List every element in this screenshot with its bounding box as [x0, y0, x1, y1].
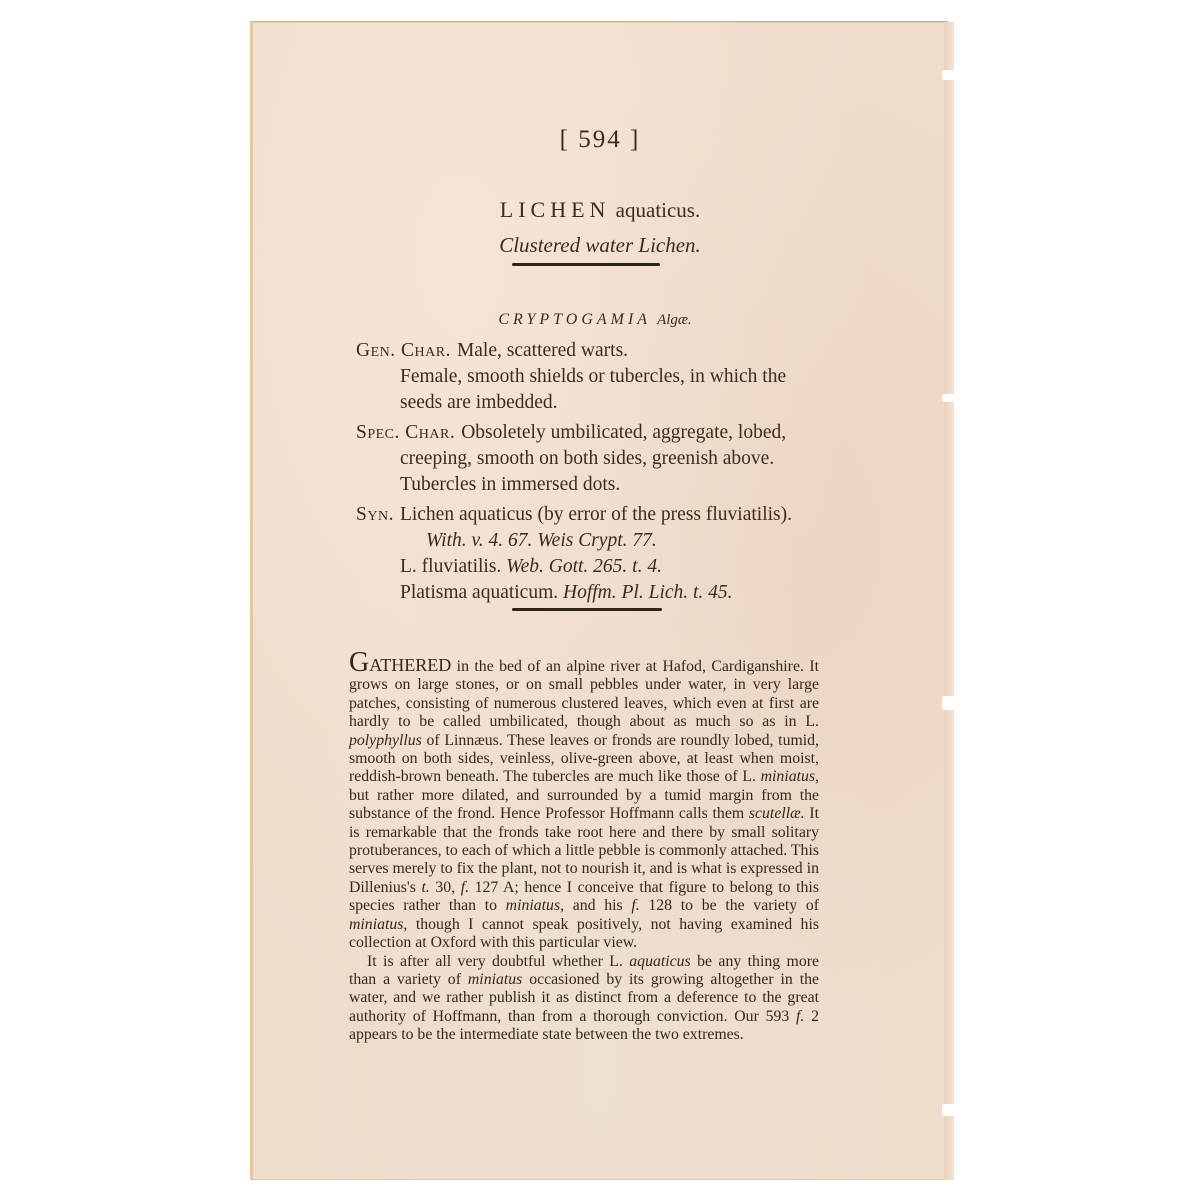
- syn-name: L. fluviatilis.: [400, 556, 501, 577]
- italic-term: f.: [631, 897, 639, 914]
- specific-character: Spec. Char.Obsoletely umbilicated, aggre…: [356, 420, 836, 498]
- syn-text: Lichen aquaticus (by error of the press …: [400, 504, 792, 525]
- title-genus: LICHEN: [500, 197, 611, 222]
- spec-char-line: creeping, smooth on both sides, greenish…: [356, 446, 836, 472]
- synonyms: Syn.Lichen aquaticus (by error of the pr…: [356, 502, 836, 606]
- page-notch: [942, 394, 956, 402]
- page-notch: [942, 70, 956, 80]
- divider-rule: [512, 608, 662, 611]
- drop-cap: G: [349, 647, 369, 678]
- book-page: [ 594 ] LICHEN aquaticus. Clustered wate…: [250, 21, 948, 1180]
- syn-label: Syn.: [356, 504, 394, 525]
- title-species: aquaticus.: [616, 198, 701, 222]
- syn-reference: With. v. 4. 67. Weis Crypt. 77.: [356, 528, 836, 554]
- gen-char-line: seeds are imbedded.: [356, 390, 836, 416]
- gen-char-line: Female, smooth shields or tubercles, in …: [356, 364, 836, 390]
- text-run: It is after all very doubtful whether L.: [367, 953, 629, 970]
- italic-term: miniatus: [506, 897, 560, 914]
- text-run: 128 to be the variety of: [640, 897, 819, 914]
- italic-term: miniatus: [349, 916, 403, 933]
- spec-char-text: Obsoletely umbilicated, aggregate, lobed…: [461, 422, 786, 443]
- page-number: [ 594 ]: [252, 126, 948, 154]
- syn-line: Platisma aquaticum. Hoffm. Pl. Lich. t. …: [356, 580, 836, 606]
- spec-char-label: Spec. Char.: [356, 422, 455, 443]
- syn-line: Syn.Lichen aquaticus (by error of the pr…: [356, 502, 836, 528]
- classification: CRYPTOGAMIAAlgæ.: [252, 311, 938, 329]
- page-fore-edge: [944, 22, 954, 1180]
- italic-term: miniatus: [468, 971, 522, 988]
- italic-term: miniatus: [761, 768, 815, 785]
- italic-term: f.: [461, 879, 469, 896]
- text-run: , though I cannot speak positively, not …: [349, 916, 819, 951]
- page-notch: [942, 696, 956, 710]
- syn-name: Platisma aquaticum.: [400, 582, 558, 603]
- generic-character: Gen. Char.Male, scattered warts. Female,…: [356, 338, 836, 416]
- divider-rule: [512, 263, 660, 266]
- lead-caps: ATHERED: [369, 655, 451, 675]
- italic-term: polyphyllus: [349, 732, 422, 749]
- description-text: GATHERED in the bed of an alpine river a…: [349, 654, 819, 1045]
- italic-term: scutellæ.: [749, 805, 805, 822]
- paragraph: It is after all very doubtful whether L.…: [349, 953, 819, 1045]
- paragraph: GATHERED in the bed of an alpine river a…: [349, 654, 819, 953]
- gen-char-line: Gen. Char.Male, scattered warts.: [356, 338, 836, 364]
- syn-reference: Hoffm. Pl. Lich. t. 45.: [563, 582, 733, 603]
- italic-term: t.: [421, 879, 429, 896]
- classification-class: CRYPTOGAMIA: [498, 311, 651, 328]
- spec-char-line: Tubercles in immersed dots.: [356, 472, 836, 498]
- syn-reference: Web. Gott. 265. t. 4.: [506, 556, 662, 577]
- common-name: Clustered water Lichen.: [252, 233, 948, 258]
- page-notch: [942, 1104, 956, 1116]
- classification-order: Algæ.: [657, 312, 692, 328]
- text-run: , and his: [560, 897, 631, 914]
- gen-char-text: Male, scattered warts.: [457, 340, 628, 361]
- page-title: LICHEN aquaticus.: [252, 197, 948, 223]
- italic-term: aquaticus: [629, 953, 690, 970]
- gen-char-label: Gen. Char.: [356, 340, 451, 361]
- spec-char-line: Spec. Char.Obsoletely umbilicated, aggre…: [356, 420, 836, 446]
- syn-line: L. fluviatilis. Web. Gott. 265. t. 4.: [356, 554, 836, 580]
- text-run: 30,: [430, 879, 461, 896]
